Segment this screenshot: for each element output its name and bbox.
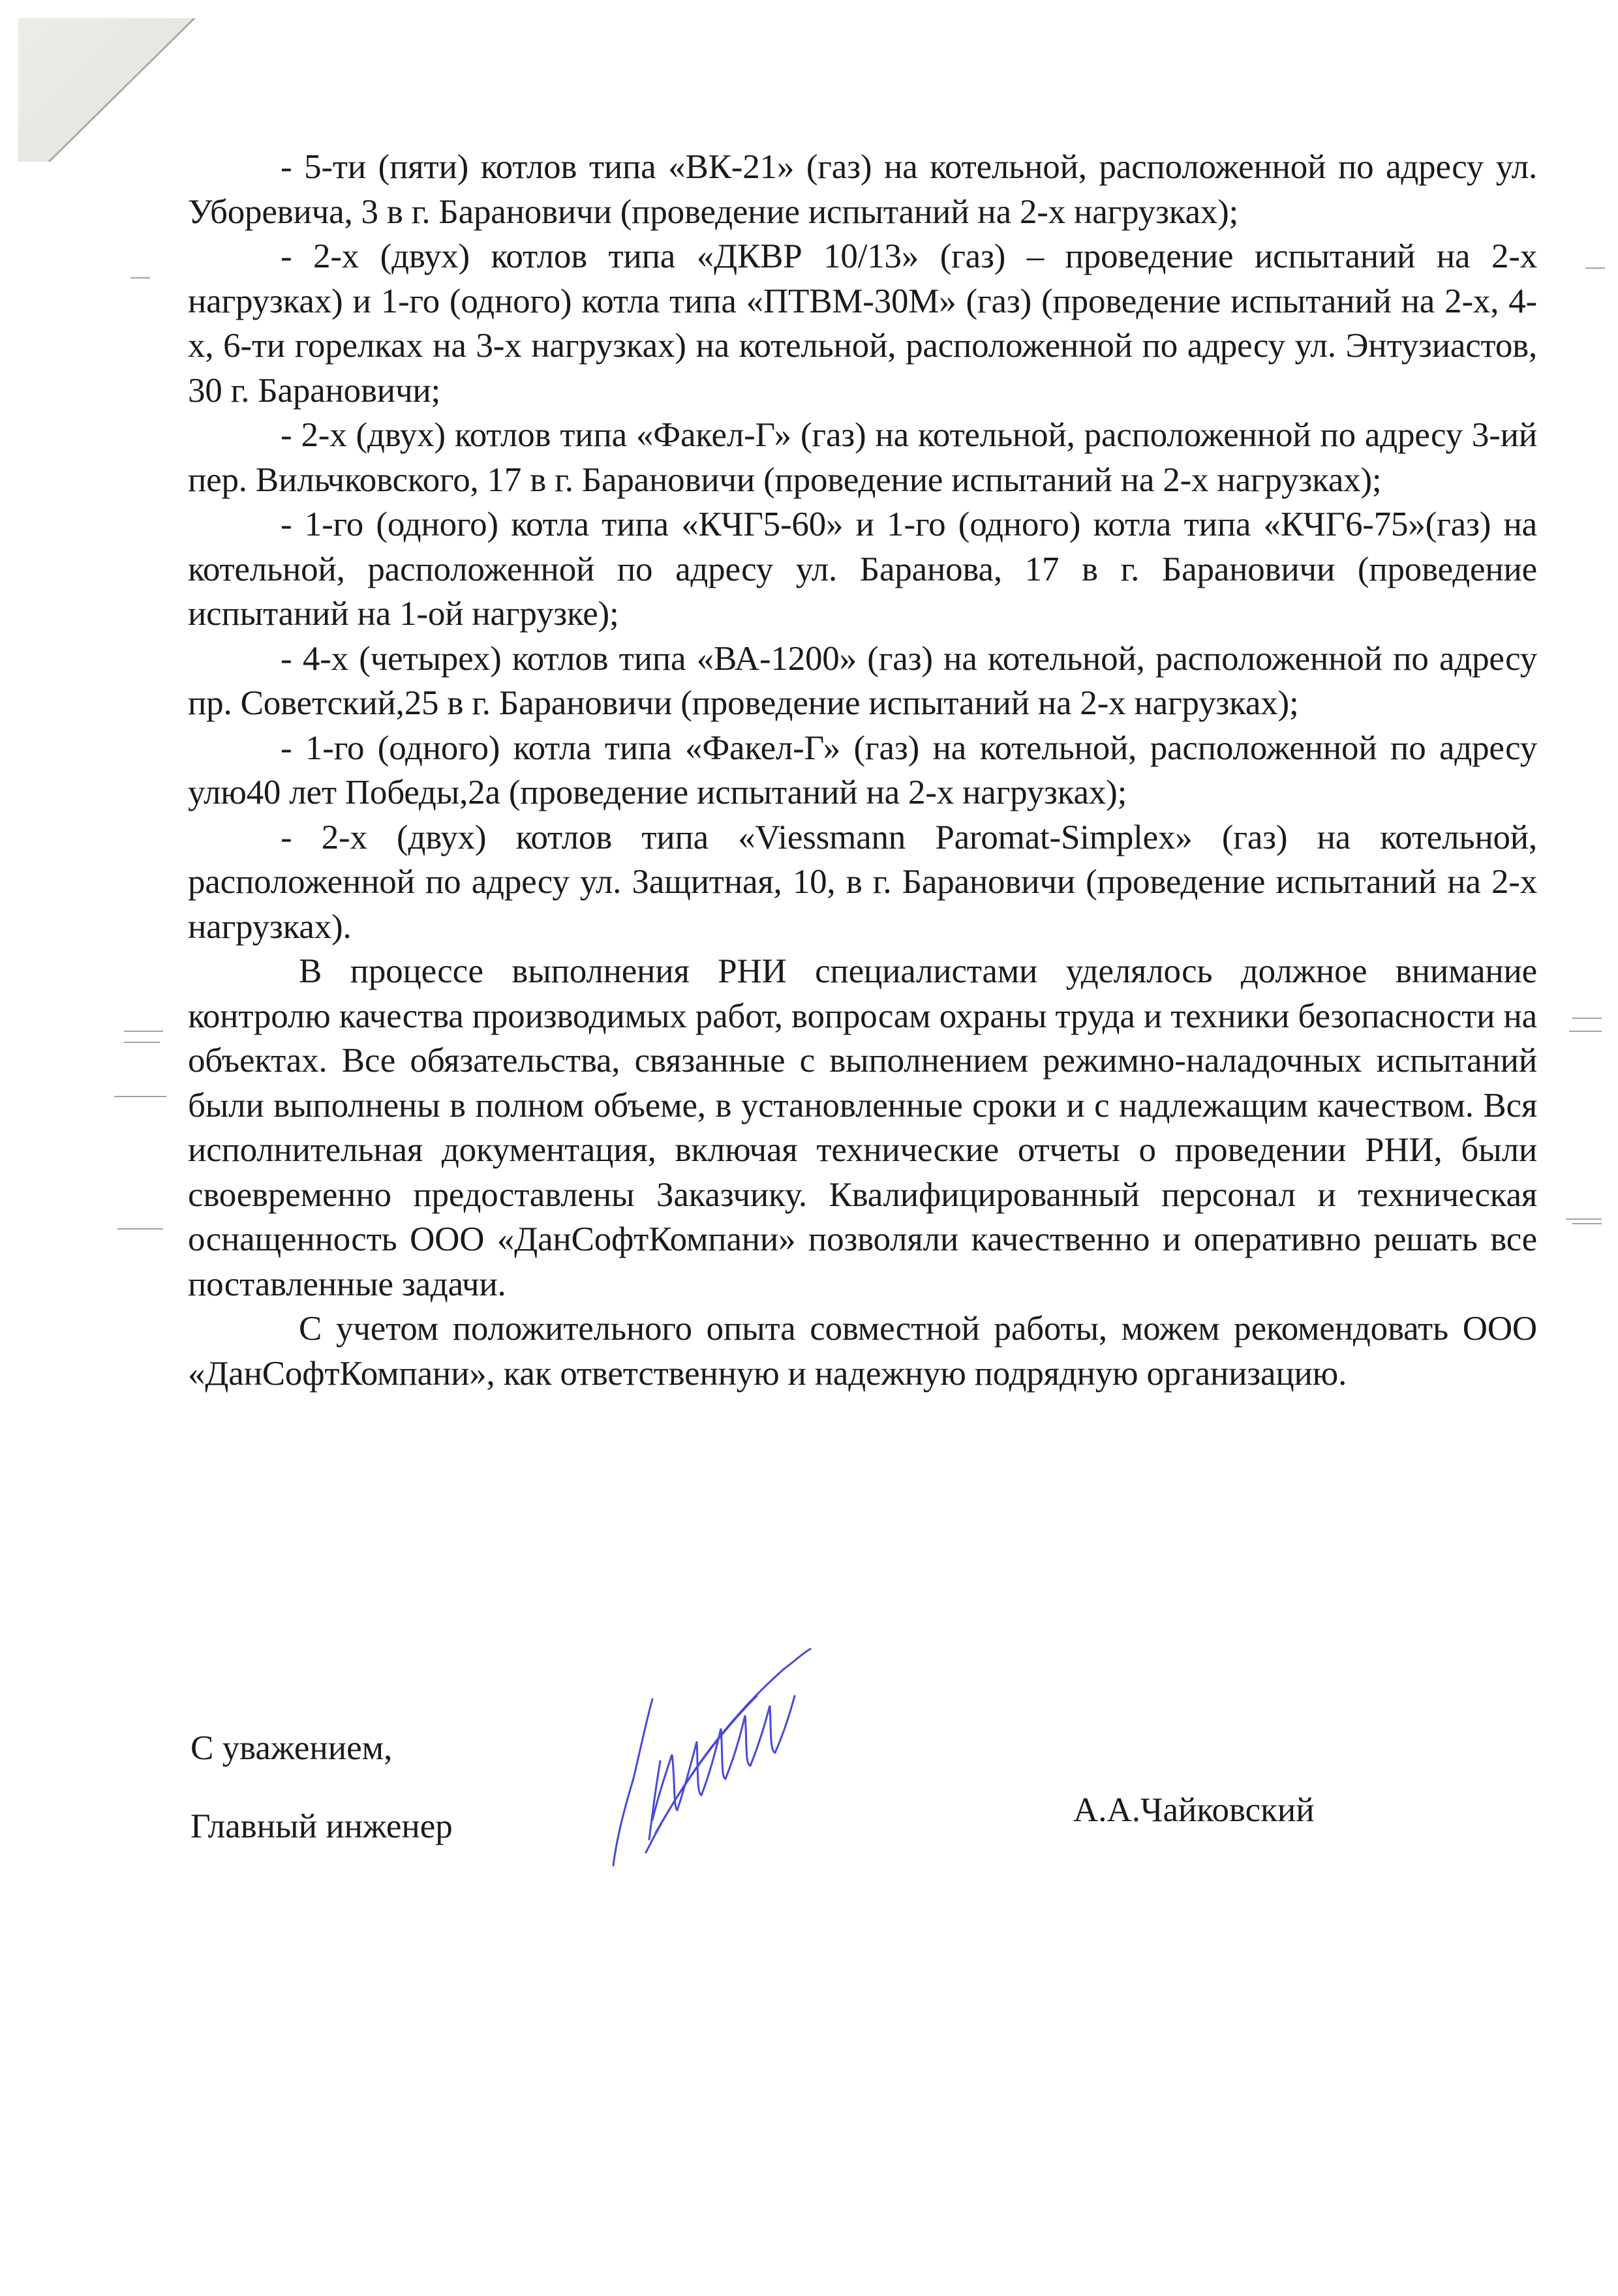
paragraph-recommendation: С учетом положительного опыта совместной…: [188, 1307, 1537, 1396]
scan-mark: [1569, 1031, 1602, 1032]
salutation: С уважением,: [191, 1729, 392, 1768]
paragraph-quality: В процессе выполнения РНИ специалистами …: [188, 949, 1537, 1307]
scan-mark: [114, 1096, 166, 1097]
scan-mark: [1585, 267, 1605, 269]
letter-body: - 5-ти (пяти) котлов типа «ВК-21» (газ) …: [188, 145, 1537, 1396]
folded-corner: [18, 18, 196, 162]
scan-mark: [1566, 1218, 1602, 1220]
list-item-fakel-pobedy: - 1-го (одного) котла типа «Факел-Г» (га…: [188, 726, 1537, 815]
scan-mark: [1572, 1018, 1602, 1019]
list-item-vk21: - 5-ти (пяти) котлов типа «ВК-21» (газ) …: [188, 145, 1537, 234]
scan-mark: [1572, 1223, 1602, 1224]
signer-position: Главный инженер: [191, 1807, 453, 1846]
list-item-dkvr-ptvm: - 2-х (двух) котлов типа «ДКВР 10/13» (г…: [188, 234, 1537, 413]
list-item-viessmann: - 2-х (двух) котлов типа «Viessmann Paro…: [188, 815, 1537, 950]
scan-mark: [124, 1042, 160, 1043]
scan-mark: [130, 277, 150, 279]
scan-mark: [117, 1228, 163, 1230]
list-item-fakel-vilchkovskogo: - 2-х (двух) котлов типа «Факел-Г» (газ)…: [188, 413, 1537, 502]
list-item-kchg: - 1-го (одного) котла типа «КЧГ5-60» и 1…: [188, 502, 1537, 637]
list-item-va1200: - 4-х (четырех) котлов типа «ВА-1200» (г…: [188, 637, 1537, 726]
signature-icon: [587, 1644, 887, 1892]
signer-name: А.А.Чайковский: [1073, 1790, 1315, 1830]
scan-mark: [124, 1031, 163, 1032]
